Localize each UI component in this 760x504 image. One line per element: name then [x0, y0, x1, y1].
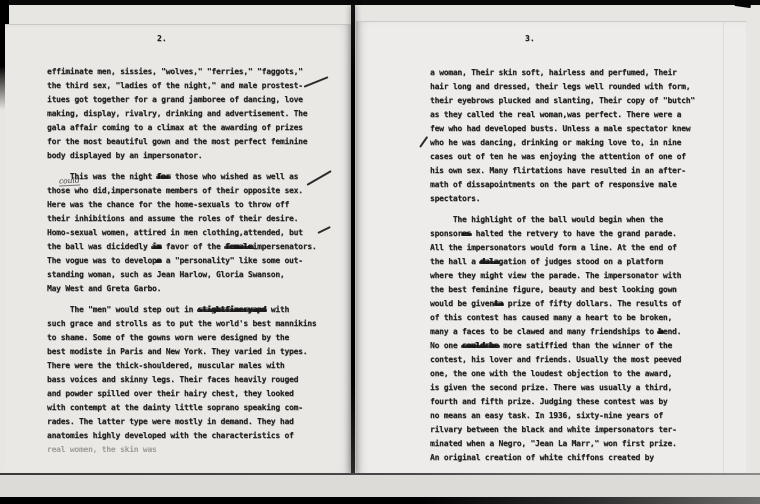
text-line: his own sex. Many flirtations have resul… [430, 164, 695, 178]
text-line: the third sex, "ladies of the night," an… [47, 79, 316, 93]
text-line: of this contest has caused many a heart … [430, 311, 695, 325]
text-line: with contempt at the dainty little sopra… [47, 401, 316, 415]
text-line: and powder spilled over their hairy ches… [47, 387, 316, 401]
page-number-right: 3. [525, 34, 535, 43]
text-line: sponsores halted the retvery to have the… [430, 227, 695, 241]
text-line: minated when a Negro, "Jean La Marr," wo… [430, 437, 695, 451]
text-line: is given the second prize. There was usu… [430, 381, 695, 395]
text-line: rades. The latter type were mostly in de… [47, 415, 316, 429]
text-line: All the impersonators would form a line.… [430, 241, 695, 255]
text-line: fourth and fifth prize. Judging these co… [430, 395, 695, 409]
text-line: itues got together for a grand jamboree … [47, 93, 316, 107]
text-line: a woman, Their skin soft, hairless and p… [430, 66, 695, 80]
text-line: There were the thick-shouldered, muscula… [47, 359, 316, 373]
text-line: their inhibitions and assume the roles o… [47, 212, 316, 226]
text-line: An original creation of white chiffons c… [430, 451, 695, 465]
photo-frame-corner-mark [735, 0, 752, 8]
page-crease-line [723, 22, 724, 479]
photo-frame-bottom-edge [0, 497, 760, 504]
book-spine-shadow [351, 5, 355, 473]
scanned-manuscript-photo: 2. effiminate men, sissies, "wolves," "f… [0, 0, 760, 504]
text-line: as they called the real woman,was perfec… [430, 108, 695, 122]
text-line: the best feminine figure, beauty and bes… [430, 283, 695, 297]
text-line: The vogue was to develope a "personality… [47, 254, 316, 268]
text-line: bass voices and skinny legs. Their faces… [47, 373, 316, 387]
manuscript-page-left: 2. effiminate men, sissies, "wolves," "f… [5, 24, 352, 475]
text-line: making, display, rivalry, drinking and a… [47, 107, 316, 121]
text-line: one, the one with the loudest objection … [430, 367, 695, 381]
text-line: few who had developed busts. Unless a ma… [430, 122, 695, 136]
text-line: spectators. [430, 192, 695, 206]
text-line: Here was the chance for the home-sexuals… [47, 198, 316, 212]
manuscript-page-right: 3. a woman, Their skin soft, hairless an… [356, 21, 746, 479]
text-line: who he was dancing, drinking or making l… [430, 136, 695, 150]
text-line: gala affair coming to a climax at the aw… [47, 121, 316, 135]
text-line: The "men" would step out in stightfinery… [47, 303, 316, 317]
text-line: for the most beautiful gown and the most… [47, 135, 316, 149]
text-line: body displayed by an impersonator. [47, 149, 316, 163]
text-line: Homo-sexual women, attired in men clothi… [47, 226, 316, 240]
text-line: May West and Greta Garbo. [47, 282, 316, 296]
text-line: math of dissapointments on the part of r… [430, 178, 695, 192]
text-line: anatomies highly developed with the char… [47, 429, 316, 443]
text-line: those who did,impersonate members of the… [47, 184, 316, 198]
page-text-right: a woman, Their skin soft, hairless and p… [430, 66, 695, 465]
text-line: standing woman, such as Jean Harlow, Glo… [47, 268, 316, 282]
text-line: best modiste in Paris and New York. They… [47, 345, 316, 359]
text-line: This was the night for those who wished … [47, 170, 316, 184]
text-line: effiminate men, sissies, "wolves," "ferr… [47, 65, 316, 79]
page-text-left: effiminate men, sissies, "wolves," "ferr… [47, 65, 316, 457]
text-line: rilvary between the black and white impe… [430, 423, 695, 437]
handwritten-insertion: could [59, 176, 80, 186]
text-line: contest, his lover and friends. Usually … [430, 353, 695, 367]
page-number-left: 2. [157, 34, 167, 43]
text-line: No one couldrbe more satiffied than the … [430, 339, 695, 353]
text-line: such grace and strolls as to put the wor… [47, 317, 316, 331]
text-line: real women, the skin was [47, 443, 316, 457]
text-line: the ball was dicidedly im favor of the f… [47, 240, 316, 254]
text-line: to shame. Some of the gowns worn were de… [47, 331, 316, 345]
text-line: their eyebrows plucked and slanting, The… [430, 94, 695, 108]
text-line: where they might view the parade. The im… [430, 269, 695, 283]
photo-frame-top-edge [0, 0, 760, 5]
text-line: no means an easy task. In 1936, sixty-ni… [430, 409, 695, 423]
text-line: cases out of ten he was enjoying the att… [430, 150, 695, 164]
text-line: would be giventa prize of fifty dollars.… [430, 297, 695, 311]
text-line: The highlight of the ball would begin wh… [430, 213, 695, 227]
scanner-surface-strip [0, 475, 760, 498]
text-line: many a faces to be clawed and many frien… [430, 325, 695, 339]
text-line: hair long and dressed, their legs well r… [430, 80, 695, 94]
text-line: the hall a dalagation of judges stood on… [430, 255, 695, 269]
